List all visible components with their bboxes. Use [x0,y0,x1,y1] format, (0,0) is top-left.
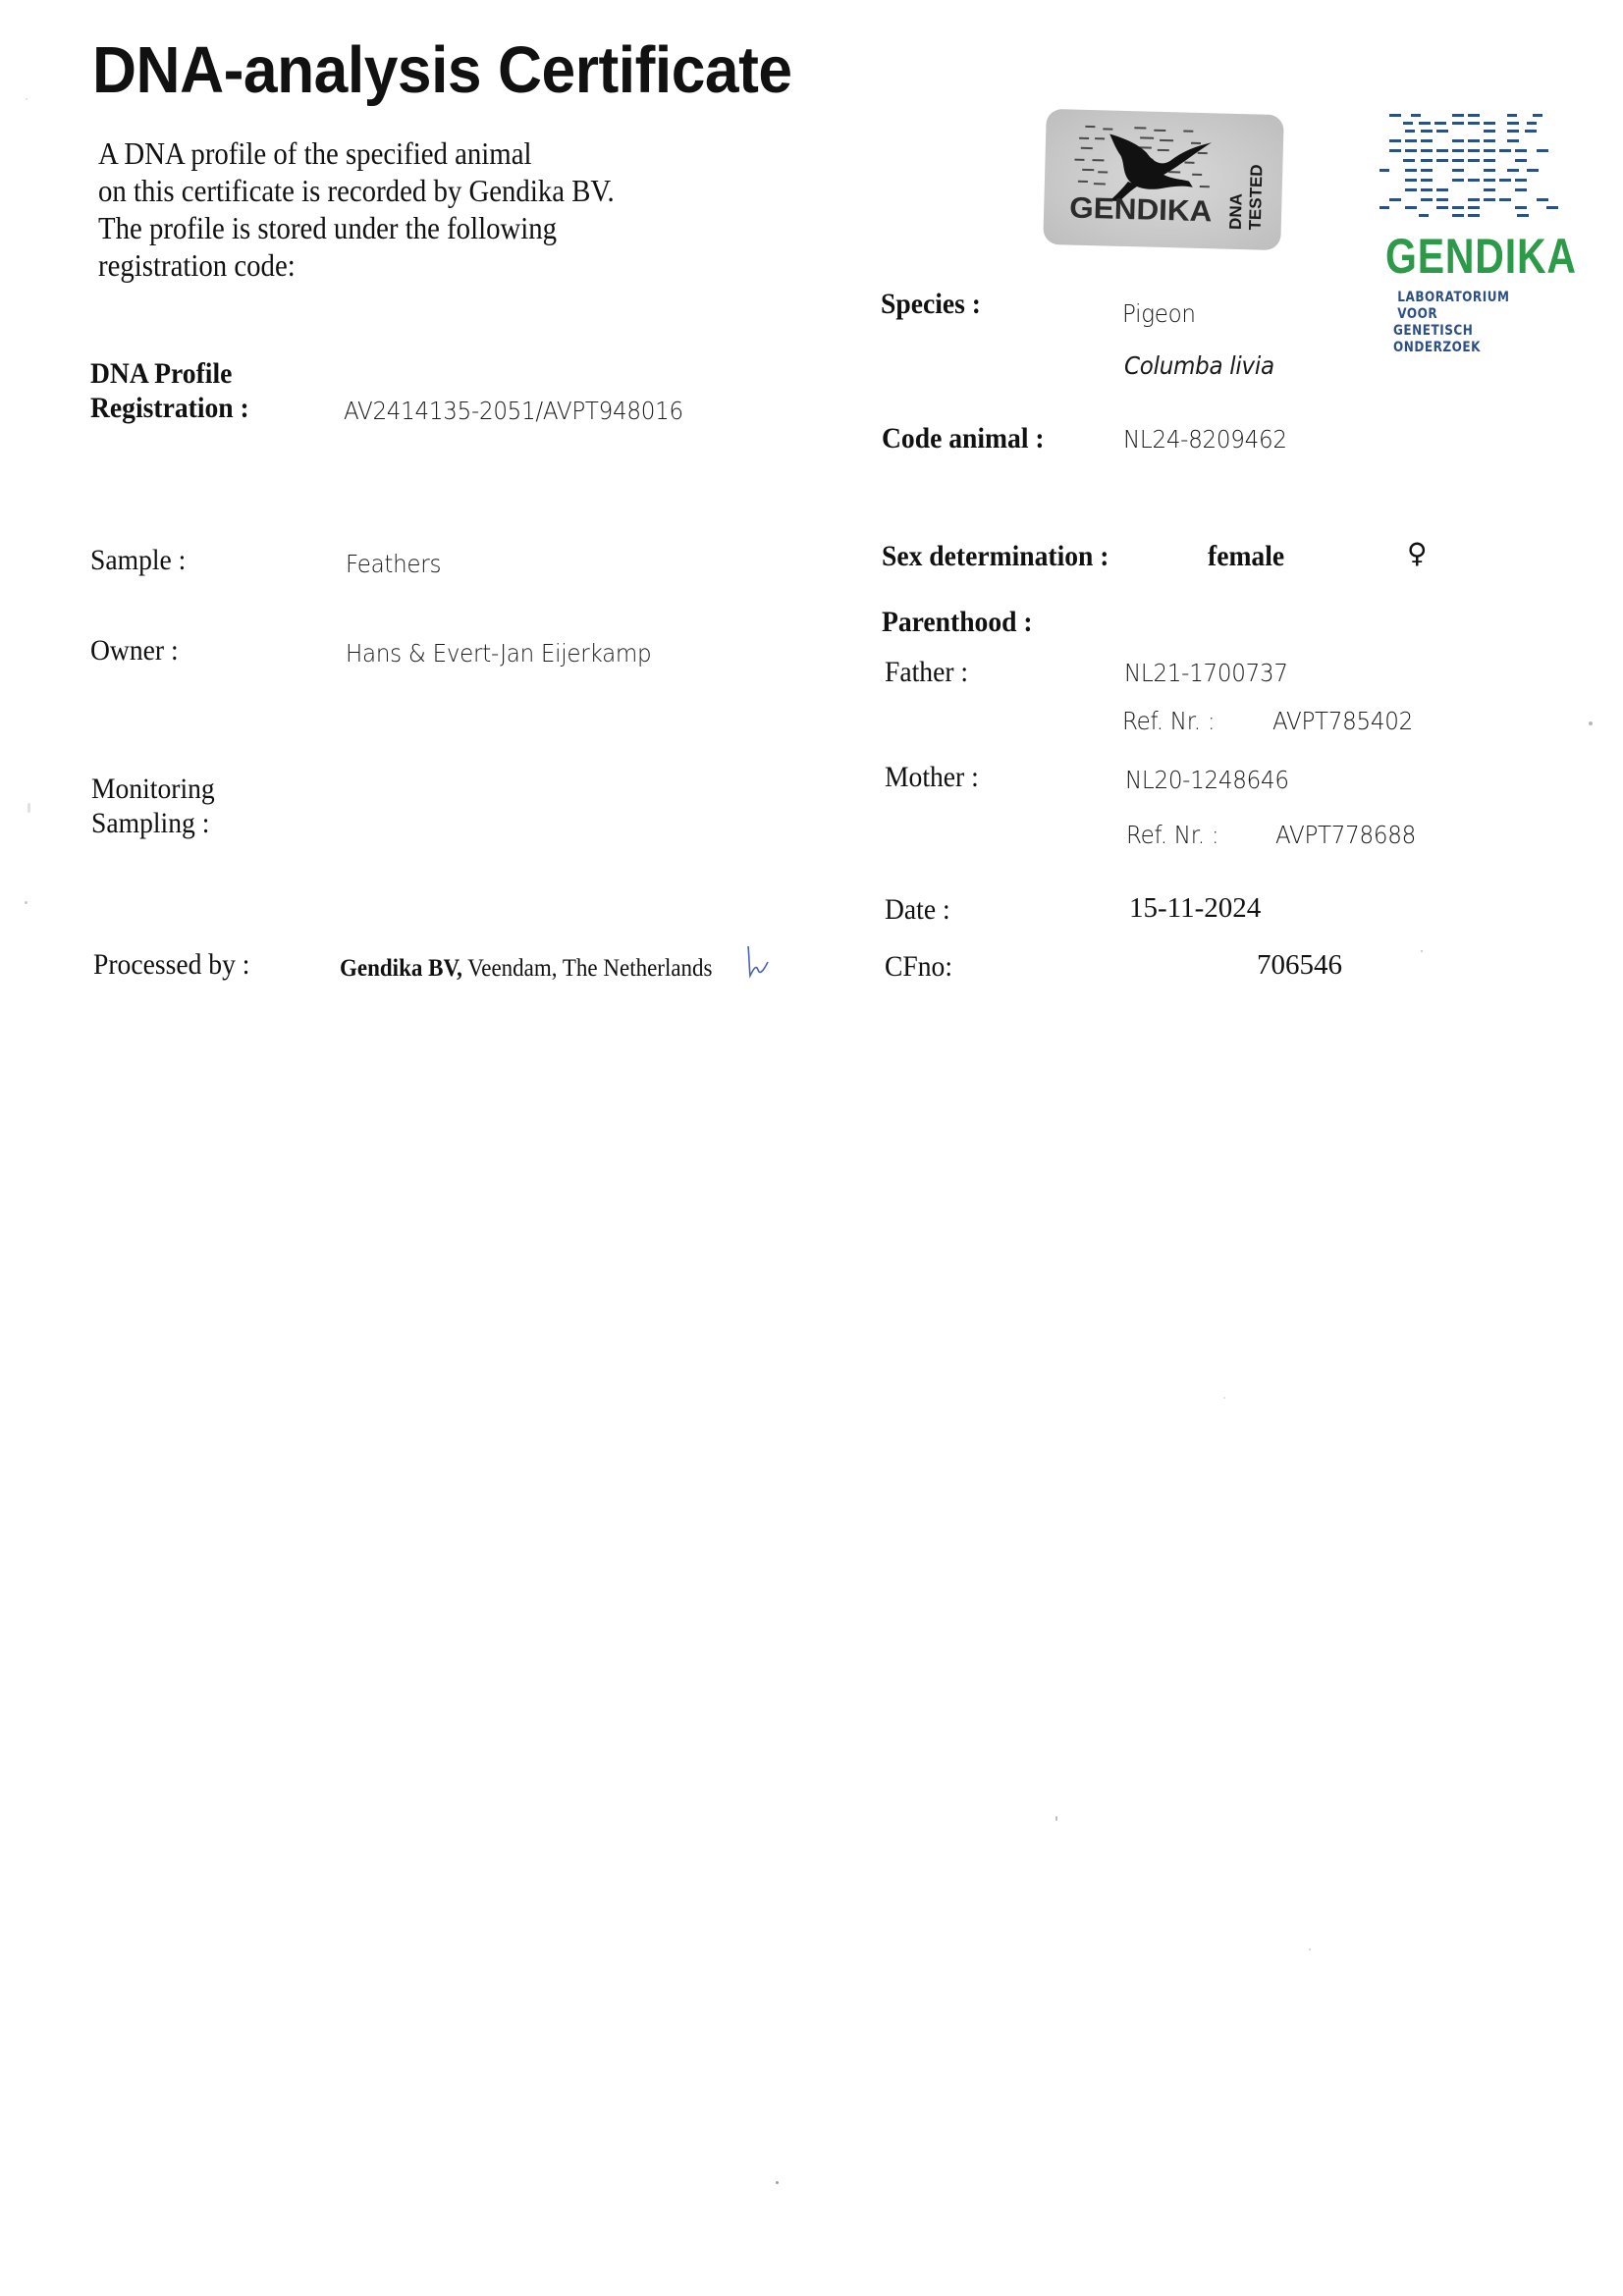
scan-speck [1309,1949,1311,1950]
father-ref-value: AVPT785402 [1272,709,1413,733]
processed-by-label: Processed by : [93,950,249,980]
scan-speck [1055,1816,1057,1821]
monitoring-label-line1: Monitoring [91,774,215,804]
sample-label: Sample : [90,546,186,575]
sex-determination-label: Sex determination : [882,542,1109,571]
mother-label: Mother : [885,763,979,792]
scan-speck [1223,1397,1225,1399]
father-label: Father : [885,658,968,687]
species-label: Species : [881,290,981,319]
code-animal-label: Code animal : [882,424,1045,454]
date-label: Date : [885,895,950,925]
pen-signature-mark [744,940,774,980]
sex-value: female [1208,542,1284,571]
code-animal-value: NL24-8209462 [1123,427,1287,452]
intro-line: The profile is stored under the followin… [98,209,615,246]
female-symbol-icon: ♀ [1407,540,1428,567]
scan-speck [27,803,30,813]
cfno-value: 706546 [1257,951,1342,980]
mother-value: NL20-1248646 [1125,768,1289,792]
gendika-logo-subtitle: LABORATORIUM VOOR GENETISCH ONDERZOEK [1393,290,1550,356]
species-common-name: Pigeon [1122,301,1196,326]
gendika-logo: GENDIKA LABORATORIUM VOOR GENETISCH ONDE… [1380,110,1576,218]
processed-by-location: Veendam, The Netherlands [467,955,712,982]
father-value: NL21-1700737 [1124,661,1288,685]
mother-ref-label: Ref. Nr. : [1126,823,1218,847]
dna-tested-sticker: GENDIKA DNA TESTED [1043,109,1284,250]
scan-speck [26,98,27,100]
cfno-label: CFno: [885,952,952,982]
dna-tested-badge: DNA TESTED [1226,164,1268,231]
scan-speck [1421,950,1423,952]
monitoring-label-line2: Sampling : [91,809,209,838]
registration-code: AV2414135-2051/AVPT948016 [344,399,683,423]
gendika-dna-mark-icon [1380,110,1566,218]
scan-speck [776,2181,779,2184]
scan-speck [1589,721,1593,725]
mother-ref-value: AVPT778688 [1275,823,1416,847]
sample-value: Feathers [346,552,441,576]
owner-value: Hans & Evert-Jan Eijerkamp [346,641,651,666]
page-title: DNA-analysis Certificate [92,37,792,103]
registration-label-line1: DNA Profile [90,359,232,389]
parenthood-label: Parenthood : [882,608,1033,637]
intro-line: A DNA profile of the specified animal [98,134,615,172]
father-ref-label: Ref. Nr. : [1122,709,1215,733]
intro-line: registration code: [98,246,615,284]
date-value: 15-11-2024 [1129,894,1261,923]
species-latin-name: Columba livia [1124,353,1274,378]
intro-line: on this certificate is recorded by Gendi… [98,172,615,209]
registration-label-line2: Registration : [90,394,249,423]
scan-speck [25,901,27,904]
processed-by-value: Gendika BV, Veendam, The Netherlands [340,956,713,981]
gendika-logo-name: GENDIKA [1385,228,1577,285]
intro-paragraph: A DNA profile of the specified animal on… [98,134,615,284]
owner-label: Owner : [90,636,179,666]
processed-by-company: Gendika BV, [340,955,462,982]
sticker-brand: GENDIKA [1069,192,1213,230]
